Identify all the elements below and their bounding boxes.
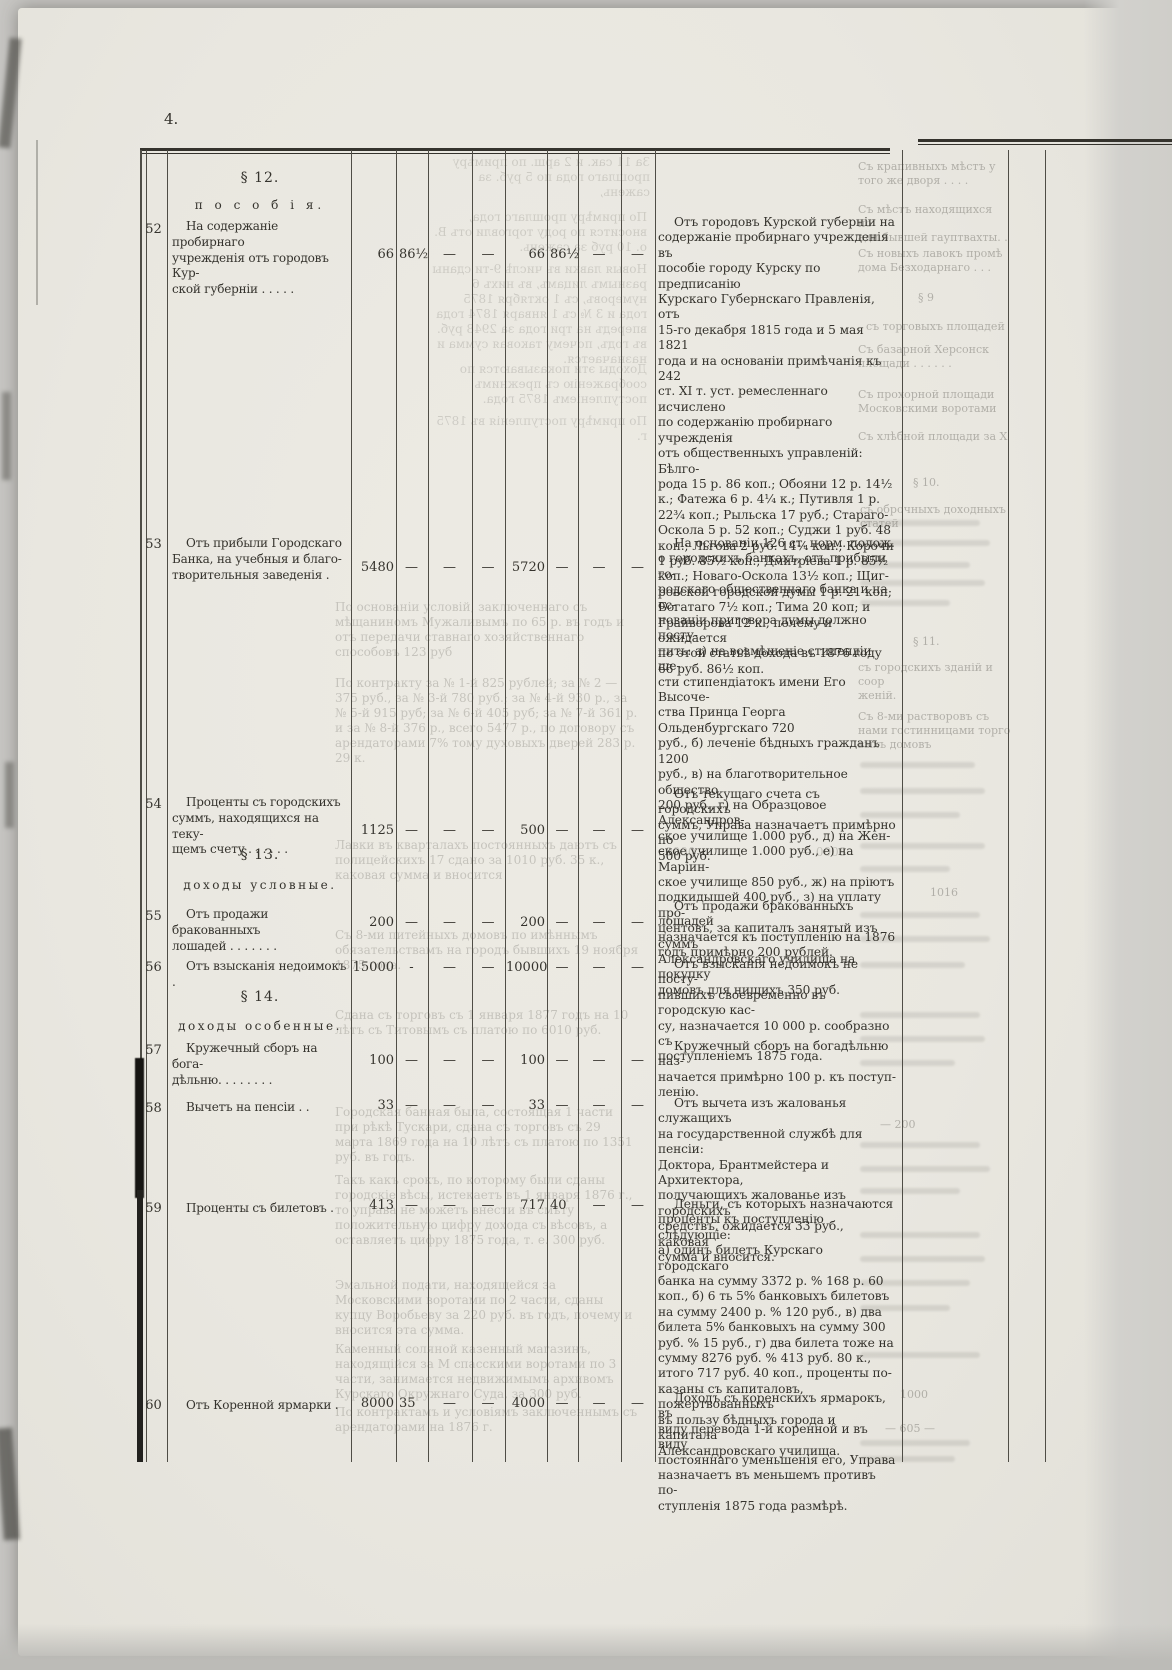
row-number: 52 [141, 222, 166, 237]
amount-cell: — [579, 560, 619, 576]
amount-cell: — [622, 960, 653, 976]
row-label: Отъ Коренной ярмарки . [172, 1398, 349, 1414]
amount-cell: — [579, 1098, 619, 1114]
row-note: Отъ продажи бракованныхъ лошадей назнача… [658, 899, 896, 961]
amount-cell: — [579, 1396, 619, 1412]
amount-cell: 100 [506, 1053, 545, 1069]
row-label: Кружечный сборъ на бога- дѣльню. . . . .… [172, 1041, 349, 1088]
ink-blot [135, 1058, 144, 1198]
amount-cell: 66 [506, 247, 545, 263]
row-note: Отъ текущаго счета съ городскихъ суммъ, … [658, 787, 896, 864]
row-label: Отъ взысканія недоимокъ . [172, 959, 349, 991]
amount-cell: — [548, 560, 576, 576]
row-label: Проценты съ билетовъ . [172, 1201, 349, 1217]
amount-cell: 5720 [506, 560, 545, 576]
amount-cell: 33 [352, 1098, 394, 1114]
amount-cell: — [429, 1053, 470, 1069]
row-number: 54 [141, 797, 166, 812]
amount-cell: — [429, 960, 470, 976]
amount-cell: — [548, 1098, 576, 1114]
amount-cell: 86½ [397, 247, 428, 263]
amount-cell: — [622, 823, 653, 839]
amount-cell: — [548, 915, 576, 931]
table-content: 52На содержаніе пробирнаго учрежденія от… [0, 0, 1172, 1670]
row-note: Кружечный сборъ на богадѣльню наз- начае… [658, 1039, 896, 1101]
amount-cell: 1125 [352, 823, 394, 839]
row-number: 55 [141, 909, 166, 924]
amount-cell: — [548, 1053, 576, 1069]
amount-cell: — [397, 915, 426, 931]
amount-cell: — [579, 960, 619, 976]
row-note: Доходъ съ коренскихъ ярмарокъ, въ виду п… [658, 1391, 896, 1514]
amount-cell: — [473, 823, 503, 839]
amount-cell: — [548, 1396, 576, 1412]
amount-cell: 413 [352, 1198, 394, 1214]
amount-cell: 100 [352, 1053, 394, 1069]
amount-cell: — [548, 960, 576, 976]
amount-cell: — [622, 1396, 653, 1412]
row-number: 58 [141, 1101, 166, 1116]
amount-cell: — [622, 247, 653, 263]
amount-cell: — [473, 1053, 503, 1069]
amount-cell: — [429, 560, 470, 576]
amount-cell: 200 [352, 915, 394, 931]
amount-cell: 86½ [548, 247, 578, 263]
amount-cell: — [429, 1098, 470, 1114]
amount-cell: — [579, 1053, 619, 1069]
amount-cell: — [622, 1053, 653, 1069]
amount-cell: 500 [506, 823, 545, 839]
amount-cell: — [622, 1198, 653, 1214]
amount-cell: — [473, 1396, 503, 1412]
amount-cell: — [429, 247, 470, 263]
amount-cell: — [579, 823, 619, 839]
row-number: 56 [141, 960, 166, 975]
amount-cell: — [397, 823, 426, 839]
amount-cell: 15000 [352, 960, 394, 976]
amount-cell: — [397, 560, 426, 576]
amount-cell: — [397, 1198, 426, 1214]
row-label: На содержаніе пробирнаго учрежденія отъ … [172, 219, 349, 298]
amount-cell: 4000 [506, 1396, 545, 1412]
amount-cell: 35 [397, 1396, 428, 1412]
scanned-page: За 11 сак. и 2 арш. по примѣру прошлаго … [0, 0, 1172, 1670]
amount-cell: — [397, 1053, 426, 1069]
row-number: 59 [141, 1201, 166, 1216]
amount-cell: — [579, 1198, 619, 1214]
amount-cell: 33 [506, 1098, 545, 1114]
amount-cell: — [579, 915, 619, 931]
amount-cell: — [548, 823, 576, 839]
amount-cell: — [473, 247, 503, 263]
amount-cell: 717 [506, 1198, 545, 1214]
amount-cell: — [473, 560, 503, 576]
amount-cell: — [473, 960, 503, 976]
amount-cell: — [473, 1198, 503, 1214]
amount-cell: 10000 [506, 960, 545, 976]
amount-cell: 5480 [352, 560, 394, 576]
amount-cell: — [579, 247, 619, 263]
row-label: Отъ продажи бракованныхъ лошадей . . . .… [172, 907, 349, 954]
amount-cell: — [429, 1396, 470, 1412]
amount-cell: — [429, 1198, 470, 1214]
amount-cell: — [622, 915, 653, 931]
amount-cell: 8000 [352, 1396, 394, 1412]
amount-cell: — [397, 1098, 426, 1114]
amount-cell: — [473, 1098, 503, 1114]
amount-cell: — [622, 1098, 653, 1114]
amount-cell: — [622, 560, 653, 576]
amount-cell: - [397, 960, 426, 976]
amount-cell: — [429, 915, 470, 931]
row-number: 53 [141, 537, 166, 552]
row-number: 60 [141, 1398, 166, 1413]
amount-cell: 66 [352, 247, 394, 263]
amount-cell: — [429, 823, 470, 839]
ink-blot [137, 1190, 143, 1462]
row-label: Отъ прибыли Городскаго Банка, на учебныя… [172, 536, 349, 583]
row-number: 57 [141, 1043, 166, 1058]
amount-cell: — [473, 915, 503, 931]
amount-cell: 200 [506, 915, 545, 931]
row-label: Вычетъ на пенсіи . . [172, 1100, 349, 1116]
row-label: Проценты съ городскихъ суммъ, находящихс… [172, 795, 349, 858]
amount-cell: 40 [548, 1198, 578, 1214]
